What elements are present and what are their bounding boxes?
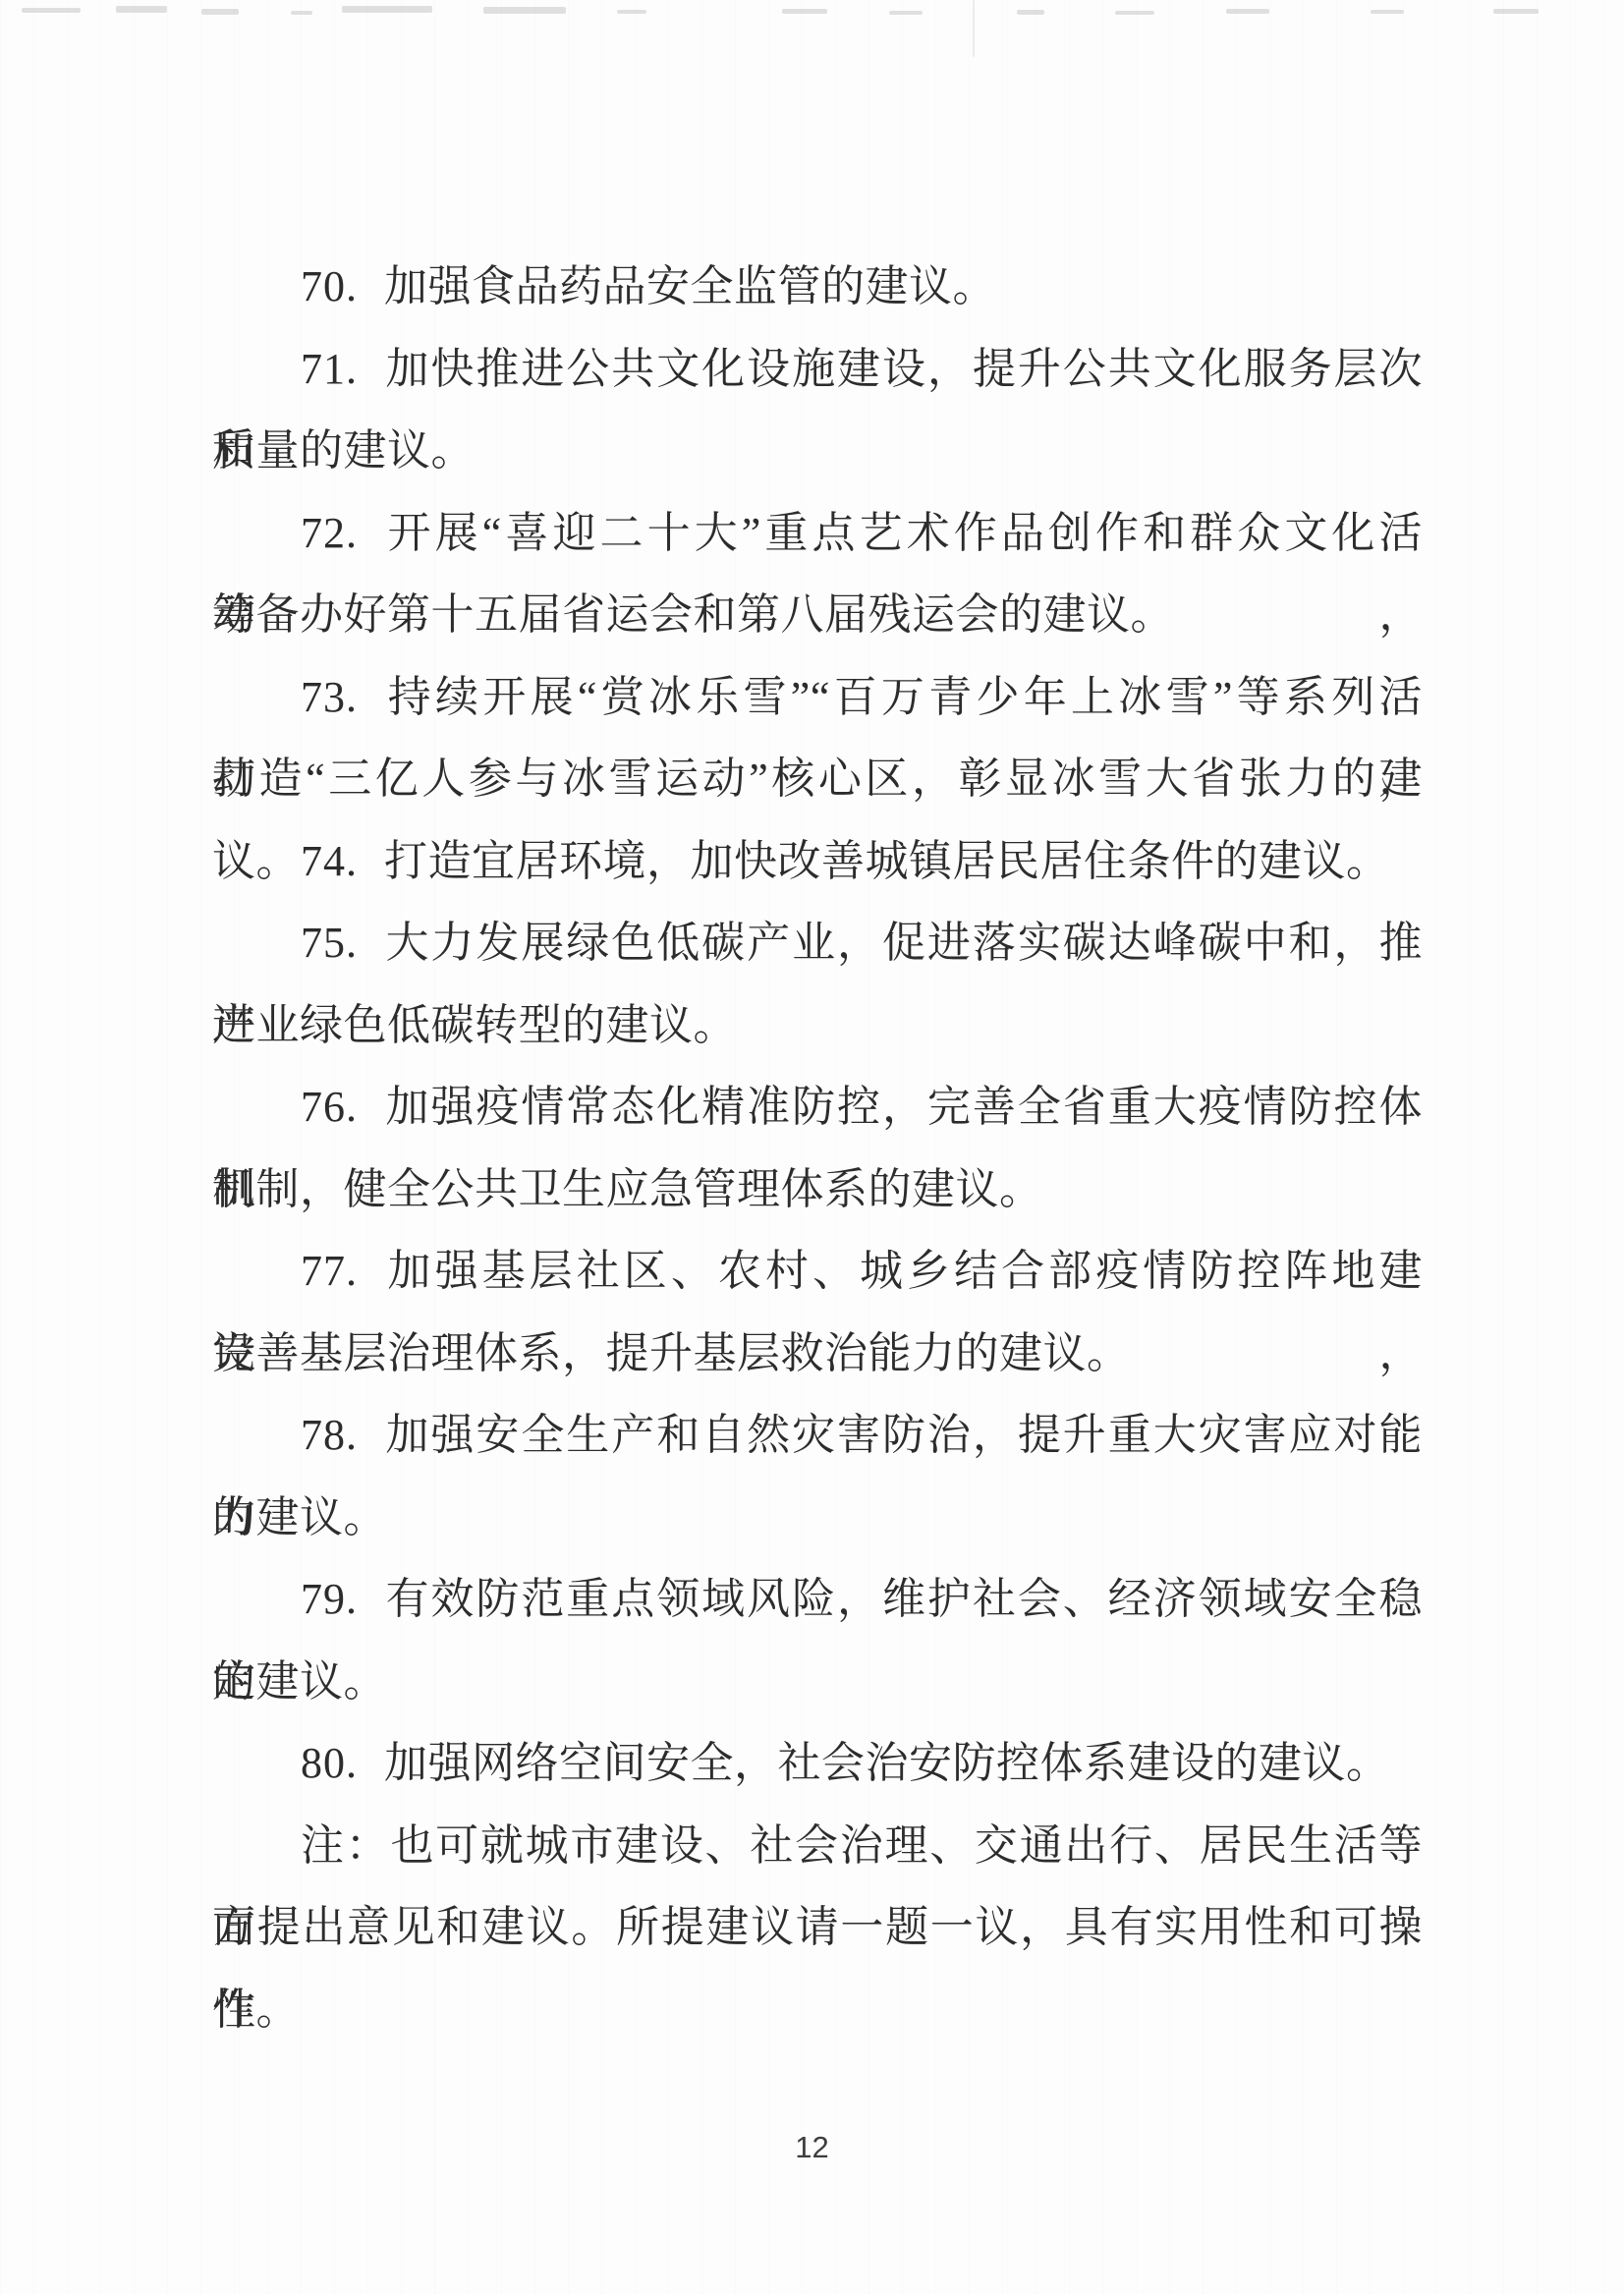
- document-line: 面提出意见和建议。所提建议请一题一议，具有实用性和可操作: [212, 1886, 1423, 1969]
- document-line: 70.加强食品药品安全监管的建议。: [212, 246, 1423, 328]
- scan-artifact: [116, 6, 167, 13]
- item-number: 76.: [301, 1083, 358, 1131]
- item-number: 72.: [301, 509, 358, 557]
- page-number: 12: [0, 2130, 1624, 2165]
- scan-artifact: [1226, 9, 1269, 14]
- document-line: 73.持续开展“赏冰乐雪”“百万青少年上冰雪”等系列活动，: [212, 656, 1423, 739]
- document-line: 71.加快推进公共文化设施建设，提升公共文化服务层次和: [212, 328, 1423, 411]
- document-line: 机制，健全公共卫生应急管理体系的建议。: [212, 1148, 1423, 1231]
- line-text: 的建议。: [212, 1657, 387, 1706]
- line-text: 机制，健全公共卫生应急管理体系的建议。: [212, 1165, 1043, 1213]
- item-number: 78.: [301, 1411, 358, 1459]
- scan-artifact: [1017, 10, 1044, 15]
- document-line: 79.有效防范重点领域风险，维护社会、经济领域安全稳定: [212, 1558, 1423, 1641]
- scan-artifact: [1371, 10, 1404, 14]
- item-number: 74.: [301, 837, 358, 885]
- line-text: 筹备办好第十五届省运会和第八届残运会的建议。: [212, 590, 1174, 639]
- scan-artifact: [201, 9, 239, 15]
- document-page: 70.加强食品药品安全监管的建议。71.加快推进公共文化设施建设，提升公共文化服…: [0, 0, 1624, 2295]
- document-line: 78.加强安全生产和自然灾害防治，提升重大灾害应对能力: [212, 1394, 1423, 1477]
- item-number: 79.: [301, 1575, 358, 1623]
- document-line: 性。: [212, 1969, 1423, 2051]
- document-line: 的建议。: [212, 1641, 1423, 1723]
- line-text: 质量的建议。: [212, 426, 475, 475]
- scan-artifact: [291, 11, 312, 15]
- line-text: 加强网络空间安全，社会治安防控体系建设的建议。: [384, 1739, 1390, 1787]
- document-line: 打造“三亿人参与冰雪运动”核心区，彰显冰雪大省张力的建议。: [212, 738, 1423, 820]
- scan-artifact: [782, 9, 827, 14]
- item-number: 71.: [301, 345, 358, 393]
- line-text: 加强食品药品安全监管的建议。: [384, 262, 996, 310]
- document-line: 质量的建议。: [212, 410, 1423, 492]
- scan-artifact: [973, 0, 975, 57]
- line-text: 的建议。: [212, 1493, 387, 1541]
- scan-artifact: [483, 7, 566, 14]
- document-line: 74.打造宜居环境，加快改善城镇居民居住条件的建议。: [212, 820, 1423, 903]
- line-text: 产业绿色低碳转型的建议。: [212, 1001, 737, 1049]
- document-line: 72.开展“喜迎二十大”重点艺术作品创作和群众文化活动，: [212, 492, 1423, 575]
- document-line: 注：也可就城市建设、社会治理、交通出行、居民生活等方: [212, 1805, 1423, 1887]
- document-line: 80.加强网络空间安全，社会治安防控体系建设的建议。: [212, 1722, 1423, 1805]
- scan-artifact: [889, 11, 923, 15]
- document-body: 70.加强食品药品安全监管的建议。71.加快推进公共文化设施建设，提升公共文化服…: [212, 246, 1423, 2050]
- document-line: 76.加强疫情常态化精准防控，完善全省重大疫情防控体制: [212, 1066, 1423, 1148]
- line-text: 打造宜居环境，加快改善城镇居民居住条件的建议。: [384, 837, 1390, 885]
- scan-artifact: [617, 10, 646, 14]
- document-line: 75.大力发展绿色低碳产业，促进落实碳达峰碳中和，推进: [212, 902, 1423, 984]
- item-number: 77.: [301, 1247, 358, 1295]
- item-number: 73.: [301, 673, 358, 721]
- document-line: 的建议。: [212, 1477, 1423, 1559]
- scan-artifact: [342, 6, 432, 13]
- document-line: 77.加强基层社区、农村、城乡结合部疫情防控阵地建设，: [212, 1230, 1423, 1313]
- item-number: 80.: [301, 1739, 358, 1787]
- item-number: 75.: [301, 919, 358, 967]
- scan-artifact: [1115, 11, 1154, 15]
- document-line: 产业绿色低碳转型的建议。: [212, 984, 1423, 1067]
- scan-artifact: [22, 8, 81, 13]
- line-text: 性。: [212, 1986, 300, 2034]
- scan-artifact: [1493, 9, 1539, 14]
- item-number: 70.: [301, 262, 358, 310]
- line-text: 完善基层治理体系，提升基层救治能力的建议。: [212, 1329, 1131, 1377]
